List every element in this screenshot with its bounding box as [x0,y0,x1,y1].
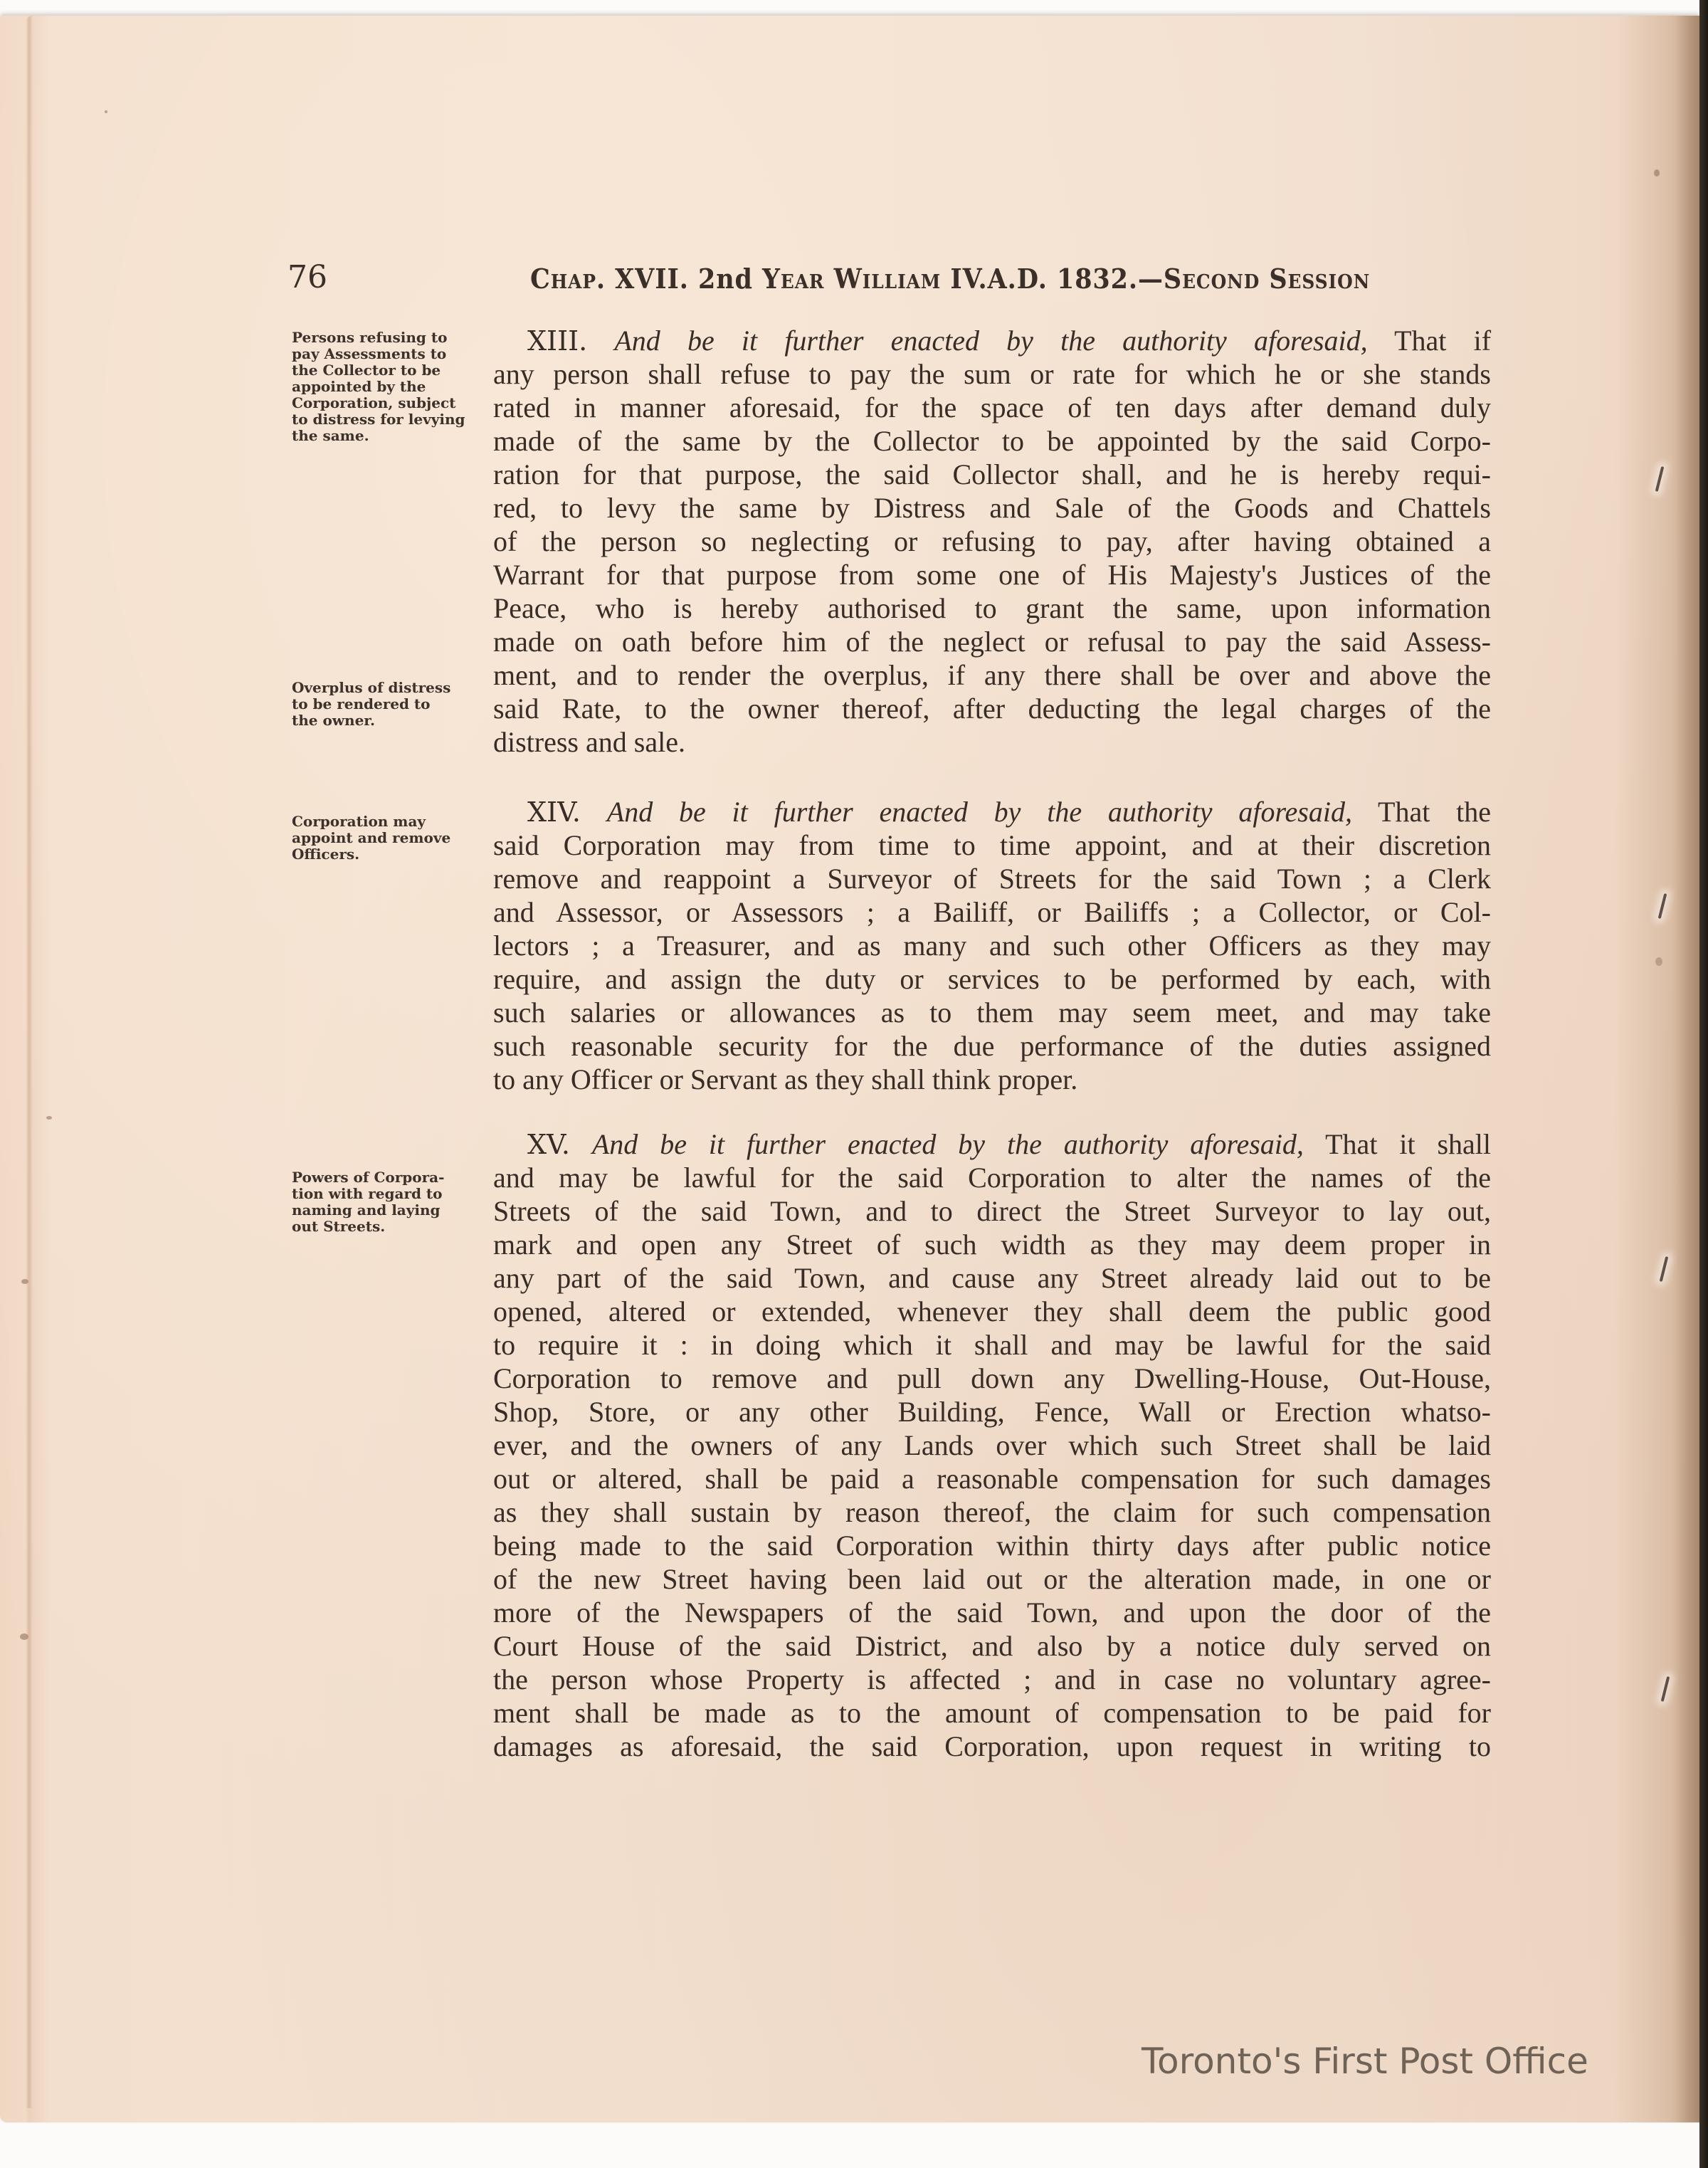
enacting-clause: And be it further enacted by the authori… [592,1128,1304,1160]
margin-note-line: appoint and remove [292,830,491,846]
head-year: Year [762,263,824,295]
text-line: such salaries or allowances as to them m… [493,996,1491,1029]
text-line: of the new Street having been laid out o… [493,1562,1491,1596]
binding-fold [26,16,33,2108]
section-first-line: XIV. And be it further enacted by the au… [493,795,1491,828]
head-ad: A.D. 1832.— [988,263,1164,295]
head-chap: Chap. [530,263,606,295]
text-line: such reasonable security for the due per… [493,1029,1491,1063]
margin-note-streets: Powers of Corpora- tion with regard to n… [292,1169,491,1235]
text-line: made of the same by the Collector to be … [493,424,1491,458]
head-year-pre: 2nd [698,263,753,295]
text-line: require, and assign the duty or services… [493,962,1491,996]
scanner-edge [1699,0,1708,2168]
margin-note-line: the same. [292,428,491,444]
chapter-heading: Chap. XVII. 2nd Year William IV.A.D. 183… [530,261,1370,297]
margin-note-overplus: Overplus of distress to be rendered to t… [292,680,491,729]
section-number: XIV. [527,796,581,828]
margin-note-line: pay Assessments to [292,346,491,362]
margin-note-refusing-assessments: Persons refusing to pay Assessments to t… [292,330,491,444]
margin-note-line: Corporation may [292,814,491,830]
margin-note-line: out Streets. [292,1219,491,1235]
text-line: Court House of the said District, and al… [493,1629,1491,1663]
margin-note-line: Corporation, subject [292,395,491,411]
margin-note-line: to distress for levying [292,411,491,428]
margin-note-officers: Corporation may appoint and remove Offic… [292,814,491,863]
section-number: XIII. [527,325,587,357]
section-xv: XV. And be it further enacted by the aut… [493,1127,1491,1763]
text-line: said Corporation may from time to time a… [493,828,1491,862]
text-line: out or altered, shall be paid a reasonab… [493,1462,1491,1495]
text-line: Streets of the said Town, and to direct … [493,1194,1491,1228]
page-number: 76 [288,260,327,295]
paper-speck [46,1116,52,1120]
text-line: any part of the said Town, and cause any… [493,1261,1491,1295]
text-line: mark and open any Street of such width a… [493,1228,1491,1261]
text-line: Peace, who is hereby authorised to grant… [493,591,1491,625]
margin-note-line: Overplus of distress [292,680,491,696]
running-head: 76 Chap. XVII. 2nd Year William IV.A.D. … [0,260,1708,295]
head-chap-num: XVII. [615,263,689,295]
text-line: red, to levy the same by Distress and Sa… [493,491,1491,525]
enacting-clause: And be it further enacted by the authori… [607,796,1352,828]
margin-note-line: naming and laying [292,1202,491,1219]
margin-note-line: the owner. [292,712,491,729]
text-line: of the person so neglecting or refusing … [493,525,1491,558]
text-line: opened, altered or extended, whenever th… [493,1295,1491,1328]
text-line: said Rate, to the owner thereof, after d… [493,692,1491,725]
text-line: Shop, Store, or any other Building, Fenc… [493,1395,1491,1428]
text-line: rated in manner aforesaid, for the space… [493,391,1491,424]
watermark-caption: Toronto's First Post Office [1142,2040,1588,2083]
text-line: ment shall be made as to the amount of c… [493,1696,1491,1730]
section-xiii: XIII. And be it further enacted by the a… [493,324,1491,759]
margin-note-line: Officers. [292,846,491,863]
first-line-rest: That if [1394,325,1491,357]
page-edge-shadow [1671,16,1699,2122]
paper-speck [105,110,107,113]
text-line: Warrant for that purpose from some one o… [493,558,1491,591]
text-line: ration for that purpose, the said Collec… [493,458,1491,491]
text-line: and Assessor, or Assessors ; a Bailiff, … [493,895,1491,929]
first-line-rest: That the [1378,796,1491,828]
paper-speck [1654,169,1660,177]
margin-note-line: to be rendered to [292,696,491,712]
text-line: being made to the said Corporation withi… [493,1529,1491,1562]
text-line: the person whose Property is affected ; … [493,1663,1491,1696]
text-line: to any Officer or Servant as they shall … [493,1063,1491,1096]
text-line: any person shall refuse to pay the sum o… [493,357,1491,391]
first-line-rest: That it shall [1325,1128,1491,1160]
enacting-clause: And be it further enacted by the authori… [614,325,1367,357]
paper-speck [21,1279,28,1284]
text-line: to require it : in doing which it shall … [493,1328,1491,1362]
section-first-line: XIII. And be it further enacted by the a… [493,324,1491,357]
text-line: ever, and the owners of any Lands over w… [493,1428,1491,1462]
margin-note-line: appointed by the [292,379,491,395]
text-line: Corporation to remove and pull down any … [493,1362,1491,1395]
head-king-num: IV. [950,263,987,295]
paper-speck [20,1633,28,1640]
section-number: XV. [527,1129,570,1160]
text-line: made on oath before him of the neglect o… [493,625,1491,658]
head-king: William [834,263,942,295]
section-first-line: XV. And be it further enacted by the aut… [493,1127,1491,1161]
margin-note-line: Powers of Corpora- [292,1169,491,1186]
text-line: and may be lawful for the said Corporati… [493,1161,1491,1194]
text-line: lectors ; a Treasurer, and as many and s… [493,929,1491,962]
text-line: as they shall sustain by reason thereof,… [493,1495,1491,1529]
margin-note-line: tion with regard to [292,1186,491,1202]
margin-note-line: Persons refusing to [292,330,491,346]
text-line: damages as aforesaid, the said Corporati… [493,1730,1491,1763]
head-session: Second Session [1164,263,1370,295]
margin-note-line: the Collector to be [292,362,491,379]
paper-speck [1655,957,1662,966]
text-line: remove and reappoint a Surveyor of Stree… [493,862,1491,895]
text-line: more of the Newspapers of the said Town,… [493,1596,1491,1629]
text-line: ment, and to render the overplus, if any… [493,658,1491,692]
text-line: distress and sale. [493,725,1491,759]
section-xiv: XIV. And be it further enacted by the au… [493,795,1491,1096]
